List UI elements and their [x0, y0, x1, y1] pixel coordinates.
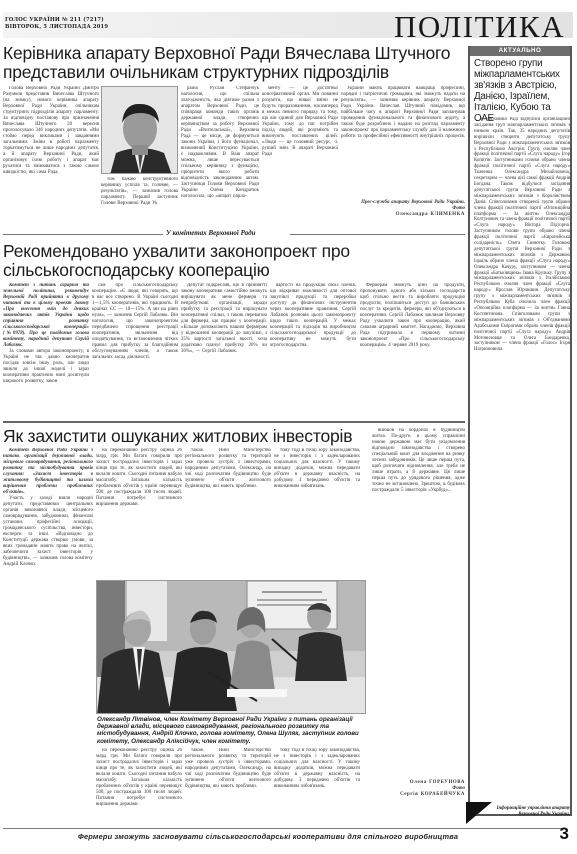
- newspaper-page: ГОЛОС УКРАЇНИ № 211 (7217) ВІВТОРОК, 5 Л…: [0, 0, 577, 854]
- photo-caption: Олександр Літвінов, член Комітету Верхов…: [97, 716, 365, 745]
- section-title: ПОЛІТИКА: [394, 9, 565, 45]
- article1-col2: тож бажаю конструктивного керівнику успі…: [101, 177, 178, 227]
- issue-info: ГОЛОС УКРАЇНИ № 211 (7217) ВІВТОРОК, 5 Л…: [5, 17, 108, 31]
- article3-col1: Комітет Верховної Ради України з питань …: [3, 448, 93, 820]
- section-divider: [3, 421, 465, 423]
- photographer-credit: Олександра КЛИМЕНКА: [341, 212, 465, 218]
- article1-headline: Керівника апарату Верховної Ради Вячесла…: [3, 44, 465, 82]
- article1-signature: Прес-служба апарату Верховної Ради Украї…: [341, 200, 465, 228]
- sidebar-signature: Інформаційне управління апарату Верховно…: [490, 806, 570, 818]
- article2-col3: Депутат підкреслив, що в прийнятті закон…: [181, 283, 267, 418]
- article1-col5: України мають працювати найкращі професі…: [341, 86, 465, 198]
- article2-headline: Рекомендовано ухвалити законопроект про …: [3, 242, 465, 280]
- article3-committee-photo: [96, 580, 366, 714]
- article3-headline: Як захистити ошуканих житлових інвесторі…: [3, 427, 373, 446]
- paper-issue: ГОЛОС УКРАЇНИ № 211 (7217): [5, 17, 108, 24]
- article3-col2: на переконанню реєстру оцінка 26 млрд гр…: [96, 448, 182, 578]
- masthead: ГОЛОС УКРАЇНИ № 211 (7217) ВІВТОРОК, 5 Л…: [3, 12, 573, 38]
- article3-col5: вийшов на кордонах в будівництві житла. …: [372, 428, 465, 778]
- article1-col3: раїна Руслан Стефанчук наголосив, що спі…: [181, 86, 259, 226]
- portrait-image: [102, 87, 178, 174]
- committee-meeting-image: [97, 581, 366, 714]
- article1-col1: Голова Верховної Ради України Дмитро Раз…: [3, 86, 99, 221]
- article3-col4: тому тоді в точці зору законодавства, не…: [274, 448, 360, 578]
- sidebar-body: У Верховній Раді відбулися організаційні…: [474, 117, 570, 807]
- rubric-label: У комітетах Верховної Ради: [166, 229, 255, 237]
- photographer-credit: Сергія КОРАБЕЙЧУКА: [372, 792, 465, 798]
- article1-col4: менту — це достатньо консервативний орга…: [262, 86, 338, 226]
- article2-col4: вартості на продукцію своїх членів, що в…: [270, 283, 356, 418]
- footer-rule: [3, 828, 563, 829]
- article2-col2: сам про сільськогосподарську кооперацію.…: [92, 283, 178, 418]
- article3-col2-cont: на переконанню реєстру оцінка 26 млрд гр…: [96, 748, 182, 826]
- sidebar-headline: Створено групи міжпарламентських зв'язкі…: [474, 58, 570, 124]
- article3-signature: Олена ГОРБУНОВА Фото Сергія КОРАБЕЙЧУКА: [372, 780, 465, 826]
- sidebar-corner-decoration: [466, 802, 492, 824]
- footer-teaser: Фермери зможуть засновувати сільськогосп…: [78, 832, 458, 841]
- rubric-rule-left: [3, 234, 163, 235]
- issue-date: ВІВТОРОК, 5 ЛИСТОПАДА 2019: [5, 24, 108, 31]
- article2-col5: Фермерам зможуть ціни на продукти, пропо…: [360, 283, 465, 418]
- article3-col3: також. Нині Міністерство регіонального р…: [185, 448, 271, 578]
- page-number: 3: [560, 824, 569, 844]
- article3-col4-cont: тому тоді в точці зору законодавства, не…: [274, 748, 360, 826]
- article2-col1: Комітет з питань аграрної та земельної п…: [3, 283, 89, 418]
- sidebar-label: АКТУАЛЬНО: [470, 46, 570, 56]
- rubric-rule-right: [290, 234, 465, 235]
- sidebar-actual: АКТУАЛЬНО Створено групи міжпарламентськ…: [468, 46, 572, 816]
- article3-col3-cont: також. Нині Міністерство регіонального р…: [185, 748, 271, 826]
- article1-portrait-photo: [101, 86, 178, 174]
